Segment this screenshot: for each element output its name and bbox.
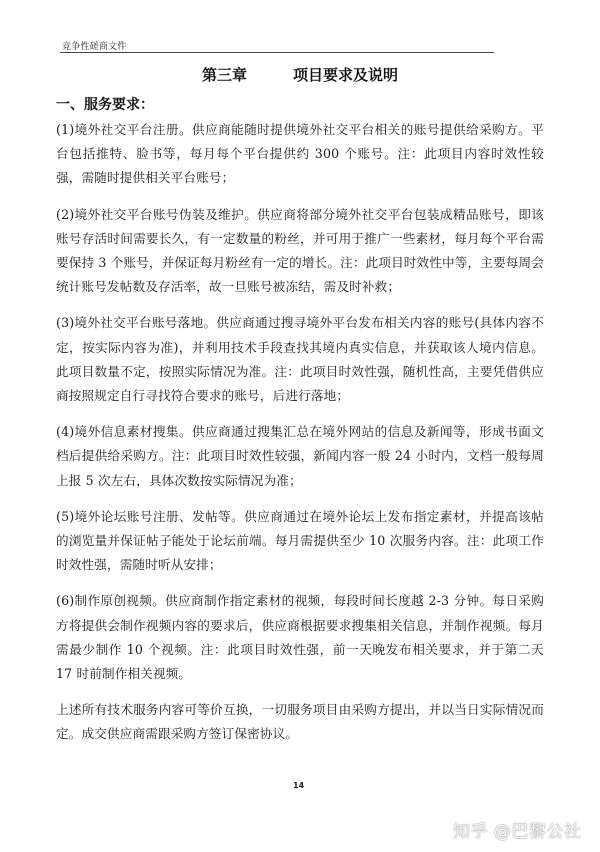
document-body: (1)境外社交平台注册。供应商能随时提供境外社交平台相关的账号提供给采购方。平台… bbox=[56, 118, 544, 747]
chapter-number: 第三章 bbox=[202, 64, 247, 85]
document-type-label: 竞争性磋商文件 bbox=[62, 39, 126, 52]
closing-statement: 上述所有技术服务内容可等价互换，一切服务项目由采购方提出，并以当日实际情况而定。… bbox=[56, 698, 544, 746]
service-item-4: (4)境外信息素材搜集。供应商通过搜集汇总在境外网站的信息及新闻等，形成书面文档… bbox=[56, 420, 544, 493]
service-item-1: (1)境外社交平台注册。供应商能随时提供境外社交平台相关的账号提供给采购方。平台… bbox=[56, 118, 544, 191]
section-heading: 一、服务要求： bbox=[56, 94, 154, 114]
service-item-5: (5)境外论坛账号注册、发帖等。供应商通过在境外论坛上发布指定素材，并提高该帖的… bbox=[56, 505, 544, 578]
service-item-6: (6)制作原创视频。供应商制作指定素材的视频，每段时间长度越 2-3 分钟。每日… bbox=[56, 589, 544, 686]
chapter-title: 第三章项目要求及说明 bbox=[0, 64, 600, 85]
page-number: 14 bbox=[293, 781, 304, 790]
chapter-name: 项目要求及说明 bbox=[293, 66, 398, 84]
page-header: 竞争性磋商文件 bbox=[60, 38, 494, 53]
service-item-2: (2)境外社交平台账号伪装及维护。供应商将部分境外社交平台包装成精品账号，即该账… bbox=[56, 203, 544, 300]
watermark: 知乎 @巴黎公社 bbox=[453, 817, 581, 842]
service-item-3: (3)境外社交平台账号落地。供应商通过搜寻境外平台发布相关内容的账号(具体内容不… bbox=[56, 311, 544, 408]
